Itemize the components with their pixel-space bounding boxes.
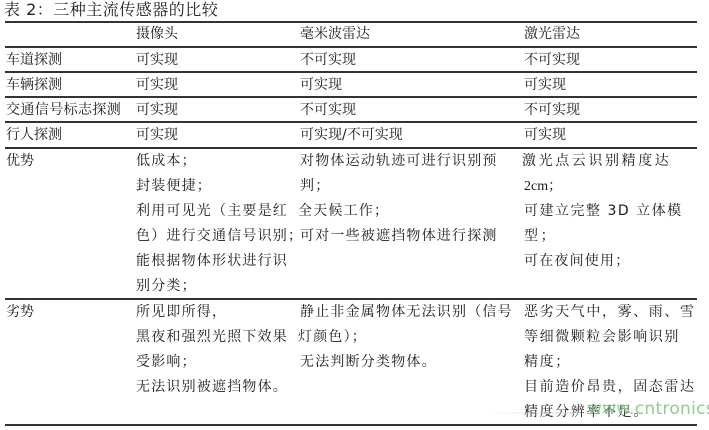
cell-lidar: 激光点云识别精度达 2cm； 可建立完整 3D 立体模 型； 可在夜间使用； (524, 149, 683, 274)
cell-mmwave-radar: 不可实现 (300, 98, 356, 123)
row-label: 交通信号标志探测 (6, 98, 121, 123)
cell-line: 能根据物体形状进行识 (136, 249, 303, 274)
cell-line: 受影响； (136, 350, 288, 375)
cell-camera: 可实现 (136, 98, 178, 123)
watermark: www.cntronics.com (588, 399, 709, 419)
header-cell-mmwave-radar: 毫米波雷达 (300, 22, 370, 47)
cell-line: 静止非金属物体无法识别（信号 (300, 300, 513, 325)
cell-mmwave-radar: 可实现 (300, 73, 342, 98)
cell-line: 黑夜和强烈光照下效果 (136, 325, 288, 350)
cell-line: 无法判断分类物体。 (300, 350, 513, 375)
cell-line: 可建立完整 3D 立体模 (524, 199, 683, 224)
watermark-fade (488, 412, 578, 414)
cell-line: 恶劣天气中，雾、雨、雪 (524, 300, 696, 325)
cell-mmwave-radar: 对物体运动轨迹可进行识别预 判； 全天候工作； 可对一些被遮挡物体进行探测 (300, 149, 498, 249)
row-label: 行人探测 (6, 123, 62, 148)
cell-camera: 可实现 (136, 123, 178, 148)
header-cell-lidar: 激光雷达 (524, 22, 580, 47)
cell-line: 精度； (524, 350, 696, 375)
cell-line: 型； (524, 224, 683, 249)
row-label: 优势 (6, 149, 34, 174)
cell-line: 2cm； (524, 174, 683, 199)
cell-mmwave-radar: 静止非金属物体无法识别（信号 灯颜色）； 无法判断分类物体。 (300, 300, 513, 375)
cell-camera: 低成本； 封装便捷； 利用可见光（主要是红 色）进行交通信号识别； 能根据物体形… (136, 149, 303, 299)
cell-camera: 所见即所得， 黑夜和强烈光照下效果 受影响； 无法识别被遮挡物体。 (136, 300, 288, 400)
cell-line: 低成本； (136, 149, 303, 174)
cell-line: 可对一些被遮挡物体进行探测 (300, 224, 498, 249)
cell-line: 判； (300, 174, 498, 199)
cell-camera: 可实现 (136, 73, 178, 98)
cell-line: 激光点云识别精度达 (522, 149, 683, 174)
cell-line: 别分类； (136, 274, 303, 299)
cell-camera: 可实现 (136, 48, 178, 73)
cell-line: 等细微颗粒会影响识别 (524, 325, 696, 350)
cell-lidar: 不可实现 (524, 98, 580, 123)
cell-line: 对物体运动轨迹可进行识别预 (300, 149, 498, 174)
cell-mmwave-radar: 可实现/不可实现 (300, 123, 403, 148)
cell-lidar: 可实现 (524, 123, 566, 148)
table-caption: 表 2：三种主流传感器的比较 (4, 0, 218, 20)
cell-line: 全天候工作； (298, 199, 498, 224)
cell-line: 色）进行交通信号识别； (136, 224, 303, 249)
header-cell-camera: 摄像头 (136, 22, 178, 47)
cell-mmwave-radar: 不可实现 (300, 48, 356, 73)
cell-line: 灯颜色）； (298, 325, 513, 350)
row-label: 车道探测 (6, 48, 62, 73)
cell-line: 目前造价昂贵，固态雷达 (524, 375, 696, 400)
cell-lidar: 不可实现 (524, 48, 580, 73)
cell-line: 无法识别被遮挡物体。 (136, 375, 288, 400)
cell-line: 封装便捷； (136, 174, 303, 199)
cell-line: 可在夜间使用； (524, 249, 683, 274)
cell-line: 所见即所得， (136, 300, 288, 325)
row-label: 车辆探测 (6, 73, 62, 98)
row-label: 劣势 (6, 300, 34, 325)
cell-lidar: 可实现 (524, 73, 566, 98)
cell-line: 利用可见光（主要是红 (136, 199, 303, 224)
